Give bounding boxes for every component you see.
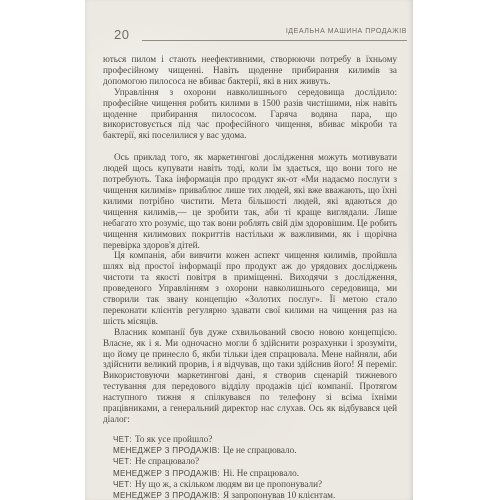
dialogue-line: ЧЕТ:То як усе пройшло? [113,434,397,445]
body-paragraph: ються пилом і стають неефективними, ство… [103,54,397,87]
book-page: 20 ІДЕАЛЬНА МАШИНА ПРОДАЖІВ ються пилом … [85,0,413,500]
running-title: ІДЕАЛЬНА МАШИНА ПРОДАЖІВ [286,28,407,35]
dialogue-speaker: МЕНЕДЖЕР З ПРОДАЖІВ: [113,446,220,455]
dialogue-text: Я запропонував 10 клієнтам. [220,490,335,500]
dialogue-line: ЧЕТ:Ну що ж, а скільком людям ви це проп… [113,479,397,490]
dialogue-speaker: МЕНЕДЖЕР З ПРОДАЖІВ: [113,469,220,478]
dialogue-block: ЧЕТ:То як усе пройшло? МЕНЕДЖЕР З ПРОДАЖ… [113,434,397,500]
page-number: 20 [114,28,129,41]
dialogue-text: Це не спрацювало. [220,445,297,455]
page-header: 20 ІДЕАЛЬНА МАШИНА ПРОДАЖІВ [114,20,407,41]
page-body: ються пилом і стають неефективними, ство… [103,54,397,500]
dialogue-text: Не спрацювало? [132,456,199,466]
dialogue-text: Ні. Не спрацювало. [220,468,299,478]
body-paragraph: Ось приклад того, як маркетингові дослід… [103,152,397,250]
dialogue-speaker: ЧЕТ: [113,435,132,444]
dialogue-line: МЕНЕДЖЕР З ПРОДАЖІВ:Це не спрацювало. [113,445,397,456]
dialogue-line: ЧЕТ:Не спрацювало? [113,456,397,467]
dialogue-text: Ну що ж, а скільком людям ви це пропонув… [132,479,322,489]
running-head-rule: ІДЕАЛЬНА МАШИНА ПРОДАЖІВ [142,20,407,41]
dialogue-speaker: МЕНЕДЖЕР З ПРОДАЖІВ: [113,491,220,500]
dialogue-speaker: ЧЕТ: [113,480,132,489]
dialogue-line: МЕНЕДЖЕР З ПРОДАЖІВ:Ні. Не спрацювало. [113,468,397,479]
dialogue-line: МЕНЕДЖЕР З ПРОДАЖІВ:Я запропонував 10 кл… [113,490,397,500]
dialogue-speaker: ЧЕТ: [113,457,132,466]
body-paragraph: Ця компанія, аби вивчити кожен аспект чи… [103,250,397,326]
dialogue-text: То як усе пройшло? [132,434,212,444]
body-paragraph: Управління з охорони навколишнього серед… [103,87,397,142]
body-paragraph: Власник компанії був дуже схвильований с… [103,327,397,425]
